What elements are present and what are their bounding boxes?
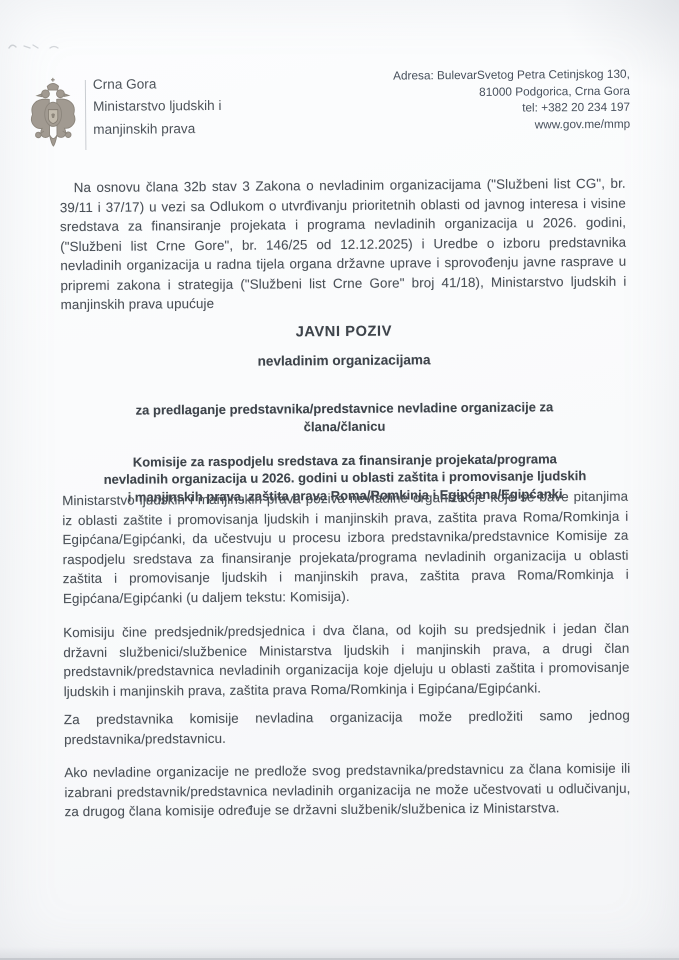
document-title: JAVNI POZIV [61, 322, 627, 342]
address-city: 81000 Podgorica, Crna Gora [393, 82, 630, 100]
address-street: Adresa: BulevarSvetog Petra Cetinjskog 1… [393, 66, 630, 84]
header-divider [85, 80, 87, 150]
document-content: Crna Gora Ministarstvo ljudskih i manjin… [0, 0, 679, 960]
org-name-line2: manjinskih prava [93, 118, 222, 141]
org-country: Crna Gora [93, 73, 222, 96]
body-paragraph: Ministarstvo ljudskih i manjinskih prava… [62, 487, 629, 608]
montenegro-coat-of-arms-icon [25, 76, 82, 154]
ministry-name-block: Crna Gora Ministarstvo ljudskih i manjin… [93, 73, 222, 141]
call-subject-line1: za predlaganje predstavnika/predstavnice… [61, 398, 627, 437]
body-paragraph: Za predstavnika komisije nevladina organ… [64, 706, 630, 749]
legal-basis-paragraph: Na osnovu člana 32b stav 3 Zakona o nevl… [60, 174, 627, 315]
body-paragraph: Komisiju čine predsjednik/predsjednica i… [63, 619, 630, 701]
address-block: Adresa: BulevarSvetog Petra Cetinjskog 1… [393, 66, 630, 134]
address-phone: tel: +382 20 234 197 [393, 99, 630, 117]
address-website: www.gov.me/mmp [393, 115, 630, 133]
org-name-line1: Ministarstvo ljudskih i [93, 95, 222, 118]
body-paragraph: Ako nevladine organizacije ne predlože s… [64, 759, 630, 822]
scanned-document-page: Crna Gora Ministarstvo ljudskih i manjin… [0, 0, 679, 960]
document-subtitle: nevladinim organizacijama [61, 351, 627, 370]
